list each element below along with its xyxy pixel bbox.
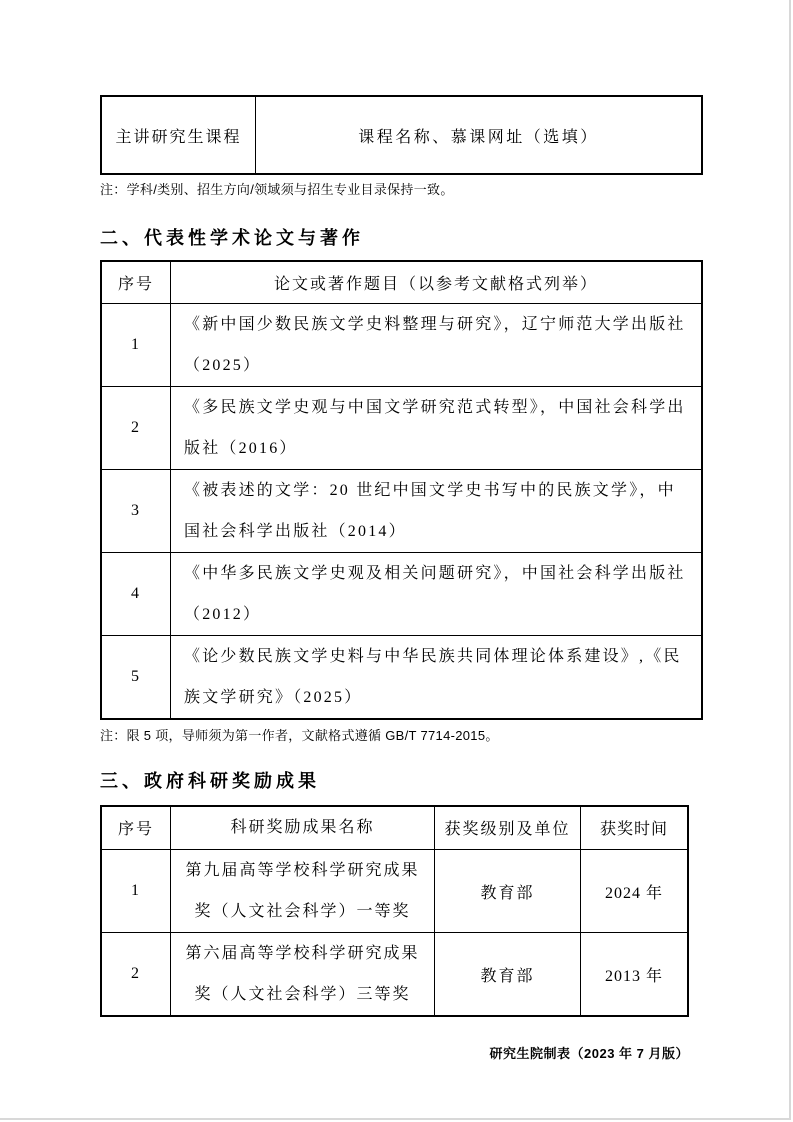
award-name-cell: 第九届高等学校科学研究成果奖（人文社会科学）一等奖 — [171, 850, 435, 933]
publications-header-no: 序号 — [101, 261, 171, 303]
publications-header-row: 序号 论文或著作题目（以参考文献格式列举） — [101, 261, 702, 303]
publication-title-cell: 《中华多民族文学史观及相关问题研究》，中国社会科学出版社（2012） — [171, 552, 703, 635]
award-unit-cell: 教育部 — [435, 850, 581, 933]
publication-row: 5 《论少数民族文学史料与中华民族共同体理论体系建设》,《民族文学研究》（202… — [101, 635, 702, 719]
courses-row-value: 课程名称、慕课网址（选填） — [256, 96, 703, 174]
document-page: 主讲研究生课程 课程名称、慕课网址（选填） 注：学科/类别、招生方向/领域须与招… — [0, 0, 791, 1120]
award-row: 2 第六届高等学校科学研究成果奖（人文社会科学）三等奖 教育部 2013 年 — [101, 933, 688, 1017]
award-time-cell: 2013 年 — [581, 933, 689, 1017]
footer-text: 研究生院制表（2023 年 7 月版） — [100, 1043, 689, 1062]
publication-no-cell: 5 — [101, 635, 171, 719]
award-no-cell: 1 — [101, 850, 171, 933]
section-awards-heading: 三、政府科研奖励成果 — [100, 769, 703, 793]
document-content: 主讲研究生课程 课程名称、慕课网址（选填） 注：学科/类别、招生方向/领域须与招… — [100, 95, 703, 1062]
publication-no-cell: 2 — [101, 386, 171, 469]
courses-table: 主讲研究生课程 课程名称、慕课网址（选填） — [100, 95, 703, 175]
publication-title-cell: 《新中国少数民族文学史料整理与研究》，辽宁师范大学出版社（2025） — [171, 303, 703, 386]
publication-no-cell: 1 — [101, 303, 171, 386]
award-name-cell: 第六届高等学校科学研究成果奖（人文社会科学）三等奖 — [171, 933, 435, 1017]
awards-header-no: 序号 — [101, 806, 171, 850]
publications-note: 注：限 5 项，导师须为第一作者，文献格式遵循 GB/T 7714-2015。 — [100, 727, 703, 745]
publication-row: 3 《被表述的文学：20 世纪中国文学史书写中的民族文学》，中国社会科学出版社（… — [101, 469, 702, 552]
awards-table: 序号 科研奖励成果名称 获奖级别及单位 获奖时间 1 第九届高等学校科学研究成果… — [100, 805, 689, 1018]
awards-header-name: 科研奖励成果名称 — [171, 806, 435, 850]
publication-title-cell: 《论少数民族文学史料与中华民族共同体理论体系建设》,《民族文学研究》（2025） — [171, 635, 703, 719]
publication-no-cell: 3 — [101, 469, 171, 552]
publication-title-cell: 《被表述的文学：20 世纪中国文学史书写中的民族文学》，中国社会科学出版社（20… — [171, 469, 703, 552]
publication-row: 1 《新中国少数民族文学史料整理与研究》，辽宁师范大学出版社（2025） — [101, 303, 702, 386]
awards-header-row: 序号 科研奖励成果名称 获奖级别及单位 获奖时间 — [101, 806, 688, 850]
publications-header-title: 论文或著作题目（以参考文献格式列举） — [171, 261, 703, 303]
publication-row: 4 《中华多民族文学史观及相关问题研究》，中国社会科学出版社（2012） — [101, 552, 702, 635]
publication-no-cell: 4 — [101, 552, 171, 635]
award-unit-cell: 教育部 — [435, 933, 581, 1017]
awards-header-unit: 获奖级别及单位 — [435, 806, 581, 850]
courses-row-label: 主讲研究生课程 — [101, 96, 256, 174]
award-no-cell: 2 — [101, 933, 171, 1017]
award-time-cell: 2024 年 — [581, 850, 689, 933]
awards-header-time: 获奖时间 — [581, 806, 689, 850]
publication-row: 2 《多民族文学史观与中国文学研究范式转型》，中国社会科学出版社（2016） — [101, 386, 702, 469]
publications-table: 序号 论文或著作题目（以参考文献格式列举） 1 《新中国少数民族文学史料整理与研… — [100, 260, 703, 720]
award-row: 1 第九届高等学校科学研究成果奖（人文社会科学）一等奖 教育部 2024 年 — [101, 850, 688, 933]
courses-table-row: 主讲研究生课程 课程名称、慕课网址（选填） — [101, 96, 702, 174]
section-publications-heading: 二、代表性学术论文与著作 — [100, 226, 703, 250]
courses-table-note: 注：学科/类别、招生方向/领域须与招生专业目录保持一致。 — [100, 181, 703, 199]
publication-title-cell: 《多民族文学史观与中国文学研究范式转型》，中国社会科学出版社（2016） — [171, 386, 703, 469]
